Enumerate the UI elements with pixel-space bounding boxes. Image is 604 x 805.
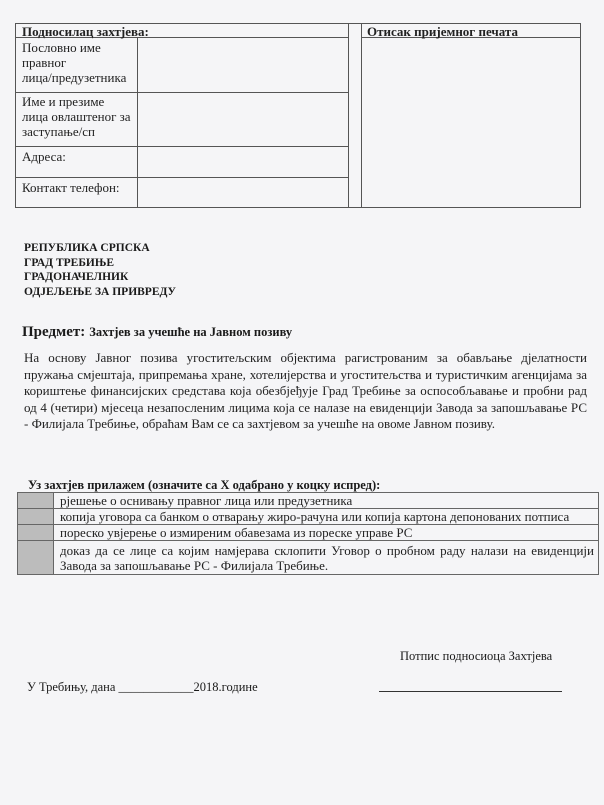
label-line: лица овлаштеног за [22, 109, 131, 124]
table-border-right [348, 23, 349, 208]
attachment-checkbox[interactable] [18, 493, 54, 509]
label-line: заступање/сп [22, 124, 131, 139]
recipient-line: ГРАД ТРЕБИЊЕ [24, 256, 176, 271]
subject-text: Захтјев за учешће на Јавном позиву [89, 325, 292, 339]
subject-line: Предмет: Захтјев за учешће на Јавном поз… [22, 323, 292, 341]
row-label-business-name: Пословно име правног лица/предузетника [22, 40, 126, 85]
attachment-row: доказ да се лице са којим намјерава скло… [18, 541, 599, 575]
table-row-divider [15, 146, 349, 147]
subject-label: Предмет: [22, 324, 85, 340]
signature-field[interactable] [379, 691, 562, 692]
attachments-table: рјешење о оснивању правног лица или пред… [17, 492, 599, 575]
table-row-divider [15, 177, 349, 178]
recipient-line: ГРАДОНАЧЕЛНИК [24, 270, 176, 285]
row-label-address: Адреса: [22, 149, 66, 164]
attachment-row: копија уговора са банком о отварању жиро… [18, 509, 599, 525]
label-line: Пословно име [22, 40, 126, 55]
attachment-text: пореско увјерење о измиреним обавезама и… [54, 525, 599, 541]
business-name-field[interactable] [139, 39, 347, 91]
row-label-phone: Контакт телефон: [22, 180, 120, 195]
date-field[interactable]: ____________ [119, 680, 194, 694]
attachment-checkbox[interactable] [18, 525, 54, 541]
recipient-line: ОДЈЕЉЕЊЕ ЗА ПРИВРЕДУ [24, 285, 176, 300]
body-paragraph: На основу Јавног позива угоститељским об… [24, 350, 587, 433]
stamp-border-left [361, 23, 362, 208]
attachment-checkbox[interactable] [18, 541, 54, 575]
signature-label: Потпис подносиоца Захтјева [400, 649, 552, 664]
attachment-text: доказ да се лице са којим намјерава скло… [54, 541, 599, 575]
table-border-bottom [15, 207, 349, 208]
date-suffix: 2018.године [194, 680, 258, 694]
phone-field[interactable] [139, 179, 347, 206]
attachment-text: копија уговора са банком о отварању жиро… [54, 509, 599, 525]
date-line: У Требињу, дана ____________2018.године [27, 680, 258, 695]
table-border-left [15, 23, 16, 208]
address-field[interactable] [139, 148, 347, 176]
attachment-row: рјешење о оснивању правног лица или пред… [18, 493, 599, 509]
label-line: Име и презиме [22, 94, 131, 109]
stamp-border-bottom [349, 207, 581, 208]
table-column-divider [137, 37, 138, 208]
stamp-border-right [580, 23, 581, 208]
label-line: правног [22, 55, 126, 70]
date-prefix: У Требињу, дана [27, 680, 119, 694]
label-line: лица/предузетника [22, 70, 126, 85]
attachments-title: Уз захтјев прилажем (означите са Х одабр… [28, 478, 380, 493]
recipient-block: РЕПУБЛИКА СРПСКА ГРАД ТРЕБИЊЕ ГРАДОНАЧЕЛ… [24, 241, 176, 299]
attachment-checkbox[interactable] [18, 509, 54, 525]
attachment-row: пореско увјерење о измиреним обавезама и… [18, 525, 599, 541]
table-row-divider [15, 92, 349, 93]
stamp-header: Отисак пријемног печата [367, 24, 518, 39]
attachment-text: рјешење о оснивању правног лица или пред… [54, 493, 599, 509]
recipient-line: РЕПУБЛИКА СРПСКА [24, 241, 176, 256]
authorized-person-field[interactable] [139, 94, 347, 145]
applicant-header: Подносилац захтјева: [22, 24, 149, 39]
row-label-authorized-person: Име и презиме лица овлаштеног за заступа… [22, 94, 131, 139]
